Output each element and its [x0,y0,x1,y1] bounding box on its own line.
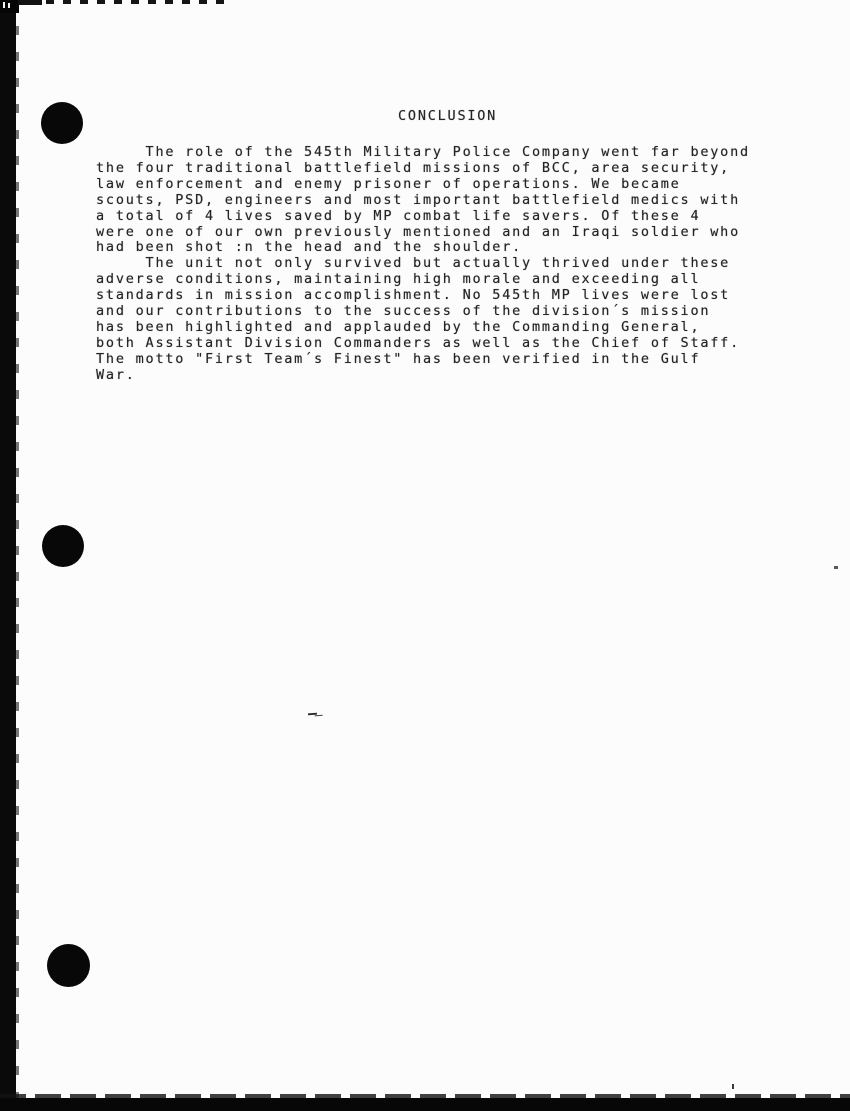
scan-speck [732,1084,734,1089]
hole-punch-top [41,102,83,144]
corner-speck [3,2,5,8]
document-body: The role of the 545th Military Police Co… [96,145,750,384]
scan-corner-blob [0,0,19,13]
scan-edge-left-bar [0,0,16,1111]
scan-top-dash [18,0,42,5]
scanned-document-page: CONCLUSION The role of the 545th Militar… [0,0,850,1111]
paragraph-1: The role of the 545th Military Police Co… [96,145,750,256]
corner-speck [8,3,10,8]
scan-top-dashed-line [46,0,232,4]
page-title: CONCLUSION [398,108,497,124]
scan-speck [834,566,838,569]
paragraph-2: The unit not only survived but actually … [96,256,750,383]
hole-punch-middle [42,525,84,567]
scan-edge-bottom-bar [0,1098,850,1111]
hole-punch-bottom [47,944,90,987]
scan-speck [308,713,317,716]
scan-edge-left-ragged [16,0,19,1111]
